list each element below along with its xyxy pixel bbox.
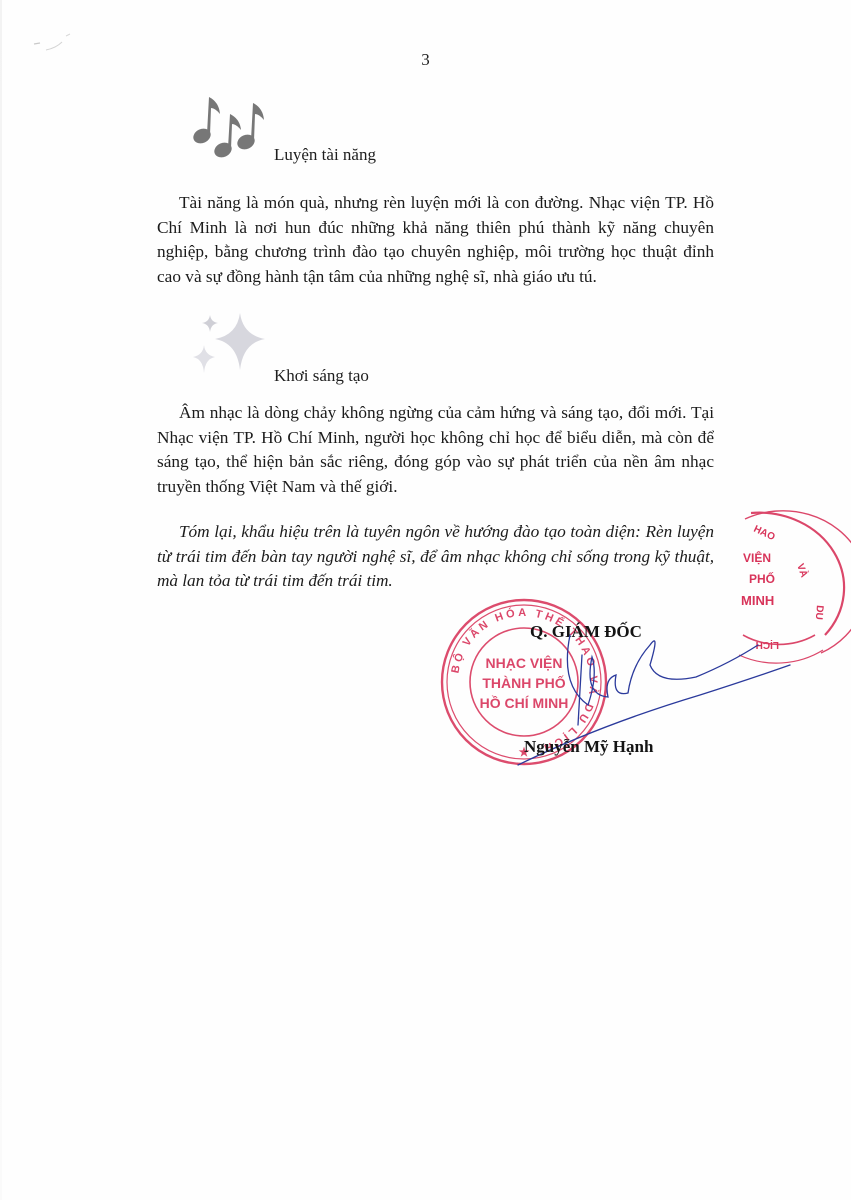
svg-text:HỒ CHÍ MINH: HỒ CHÍ MINH xyxy=(480,694,569,711)
document-page: 3 Luyện tài năng Tài năng là món quà, nh… xyxy=(0,0,851,1200)
section-body: Tài năng là món quà, nhưng rèn luyện mới… xyxy=(157,191,714,290)
svg-text:DU: DU xyxy=(813,605,825,620)
svg-text:MINH: MINH xyxy=(741,593,774,608)
sparkles-icon xyxy=(190,305,270,380)
music-notes-icon xyxy=(190,92,272,160)
section-body: Âm nhạc là dòng chảy không ngừng của cảm… xyxy=(157,401,714,500)
svg-text:PHỐ: PHỐ xyxy=(749,571,775,586)
signer-title: Q. GIÁM ĐỐC xyxy=(530,622,642,642)
signer-name: Nguyễn Mỹ Hạnh xyxy=(524,737,653,757)
conclusion-paragraph: Tóm lại, khẩu hiệu trên là tuyên ngôn về… xyxy=(157,520,714,594)
partial-seal-stamp: HAO VÀ DU LỊCH VIỆN PHỐ MINH xyxy=(735,505,851,665)
svg-text:THÀNH PHỐ: THÀNH PHỐ xyxy=(482,674,565,691)
svg-text:VÀ: VÀ xyxy=(794,562,811,580)
svg-text:NHẠC VIỆN: NHẠC VIỆN xyxy=(485,654,562,671)
svg-text:VIỆN: VIỆN xyxy=(743,550,771,565)
svg-text:HAO: HAO xyxy=(752,524,777,543)
svg-text:LỊCH: LỊCH xyxy=(756,639,779,650)
section-heading: Khơi sáng tạo xyxy=(274,366,369,386)
page-number: 3 xyxy=(0,50,851,70)
section-heading: Luyện tài năng xyxy=(274,145,376,165)
scan-edge xyxy=(0,0,2,1200)
